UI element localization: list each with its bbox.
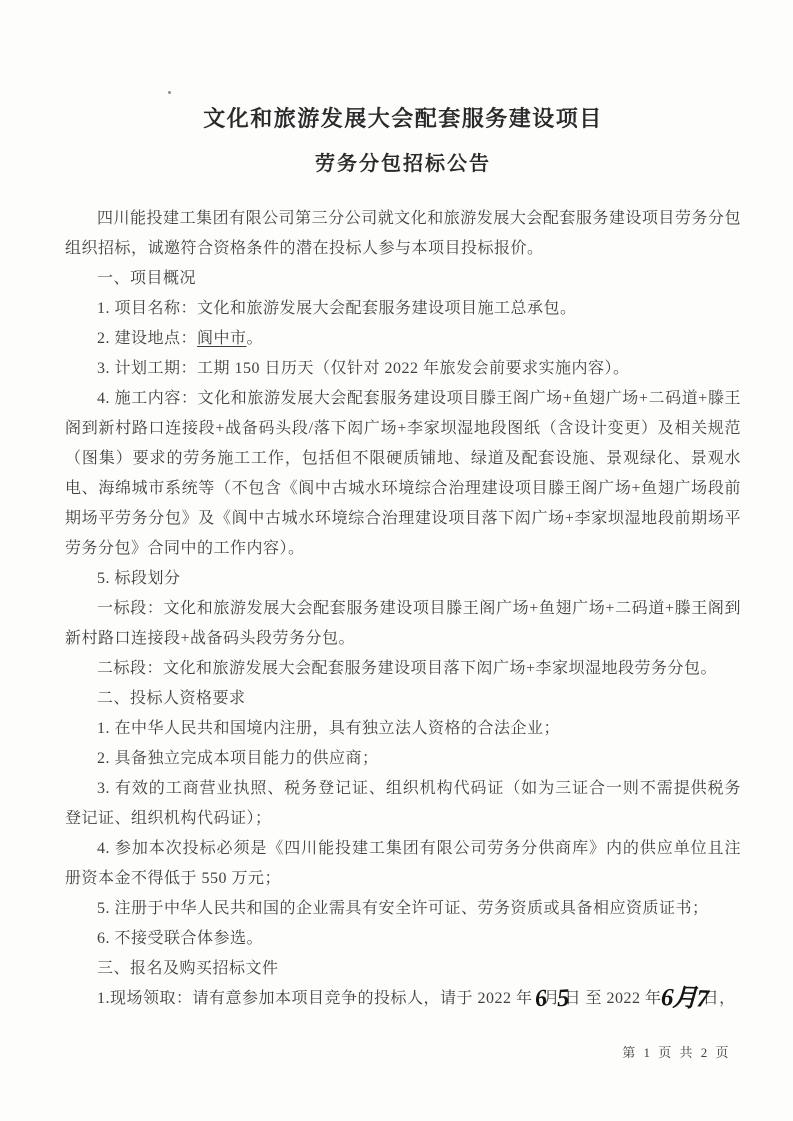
- document-content: 文化和旅游发展大会配套服务建设项目 劳务分包招标公告 四川能投建工集团有限公司第…: [65, 0, 741, 1014]
- requirement-3: 3. 有效的工商营业执照、税务登记证、组织机构代码证（如为三证合一则不需提供税务…: [65, 774, 741, 834]
- document-title-line2: 劳务分包招标公告: [65, 151, 741, 178]
- document-page: 文化和旅游发展大会配套服务建设项目 劳务分包招标公告 四川能投建工集团有限公司第…: [0, 0, 793, 1121]
- requirement-1: 1. 在中华人民共和国境内注册，具有独立法人资格的合法企业；: [65, 714, 741, 744]
- pickup-paragraph: 1.现场领取：请有意参加本项目竞争的投标人，请于 2022 年6月5日 至 20…: [65, 984, 741, 1014]
- page-footer: 第 1 页 共 2 页: [622, 1042, 731, 1061]
- requirement-5: 5. 注册于中华人民共和国的企业需具有安全许可证、劳务资质或具备相应资质证书；: [65, 894, 741, 924]
- handwritten-day-1: 5: [556, 986, 569, 1012]
- requirement-6: 6. 不接受联合体参选。: [65, 924, 741, 954]
- lot-2-paragraph: 二标段：文化和旅游发展大会配套服务建设项目落下闳广场+李家坝湿地段劳务分包。: [65, 654, 741, 684]
- duration-item: 3. 计划工期：工期 150 日历天（仅针对 2022 年旅发会前要求实施内容）…: [65, 354, 741, 384]
- intro-paragraph: 四川能投建工集团有限公司第三分公司就文化和旅游发展大会配套服务建设项目劳务分包组…: [65, 204, 741, 264]
- project-name-item: 1. 项目名称：文化和旅游发展大会配套服务建设项目施工总承包。: [65, 294, 741, 324]
- location-item: 2. 建设地点：阆中市。: [65, 324, 741, 354]
- pickup-text-1: 1.现场领取：请有意参加本项目竞争的投标人，请于 2022 年: [97, 990, 533, 1007]
- section-1-heading: 一、项目概况: [65, 264, 741, 294]
- location-item-suffix: 。: [247, 330, 264, 347]
- handwritten-date-2: 6月7: [660, 985, 708, 1012]
- section-2-heading: 二、投标人资格要求: [65, 684, 741, 714]
- section-3-heading: 三、报名及购买招标文件: [65, 954, 741, 984]
- requirement-4: 4. 参加本次投标必须是《四川能投建工集团有限公司劳务分供商库》内的供应单位且注…: [65, 834, 741, 894]
- lot-1-paragraph: 一标段：文化和旅游发展大会配套服务建设项目滕王阁广场+鱼翅广场+二码道+滕王阁到…: [65, 594, 741, 654]
- scope-item: 4. 施工内容：文化和旅游发展大会配套服务建设项目滕王阁广场+鱼翅广场+二码道+…: [65, 384, 741, 564]
- handwritten-month-1: 6: [533, 986, 546, 1011]
- requirement-2: 2. 具备独立完成本项目能力的供应商；: [65, 744, 741, 774]
- lot-division-item: 5. 标段划分: [65, 564, 741, 594]
- document-title-line1: 文化和旅游发展大会配套服务建设项目: [65, 104, 741, 133]
- location-value: 阆中市: [197, 330, 247, 347]
- pickup-text-3: 日 至 2022 年: [565, 990, 662, 1007]
- location-item-prefix: 2. 建设地点：: [97, 330, 197, 347]
